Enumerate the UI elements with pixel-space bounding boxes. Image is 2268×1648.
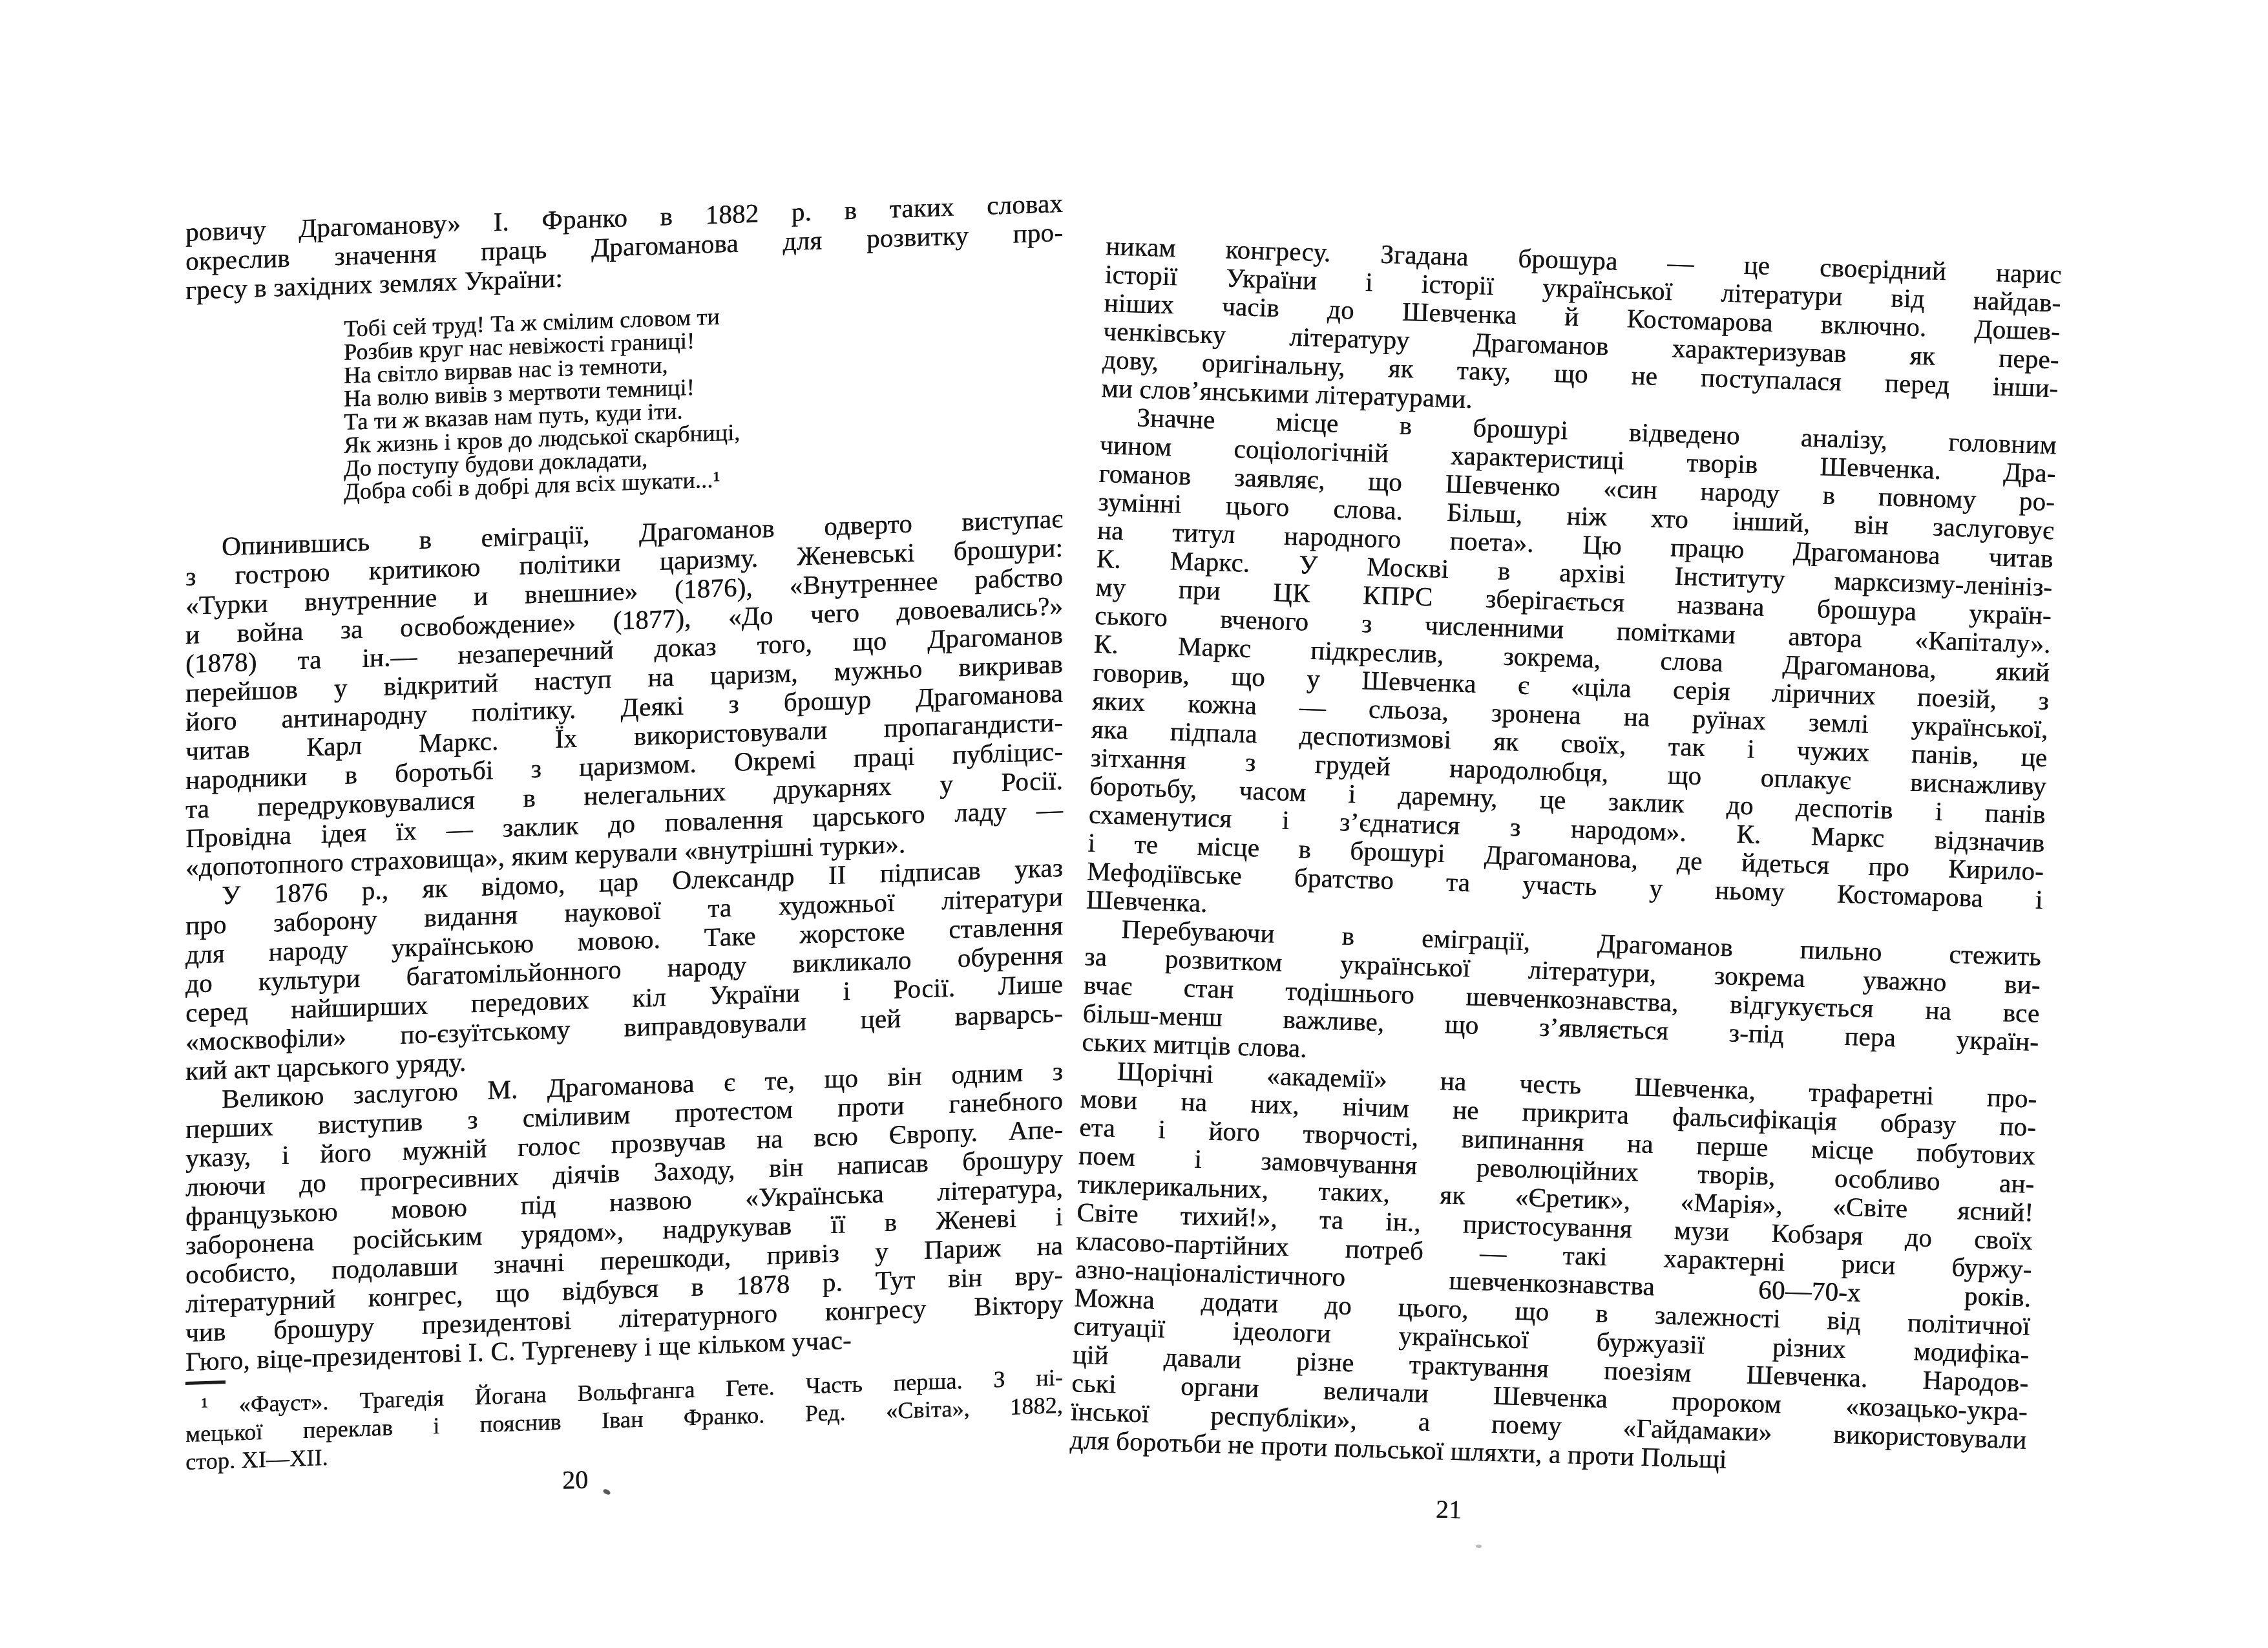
paragraph: Щорічні «академії» на честь Шевченка, тр… bbox=[1069, 1055, 2037, 1482]
scan-speck bbox=[602, 1488, 611, 1496]
book-spread-scan: ровичу Драгоманову» І. Франко в 1882 р. … bbox=[0, 0, 2268, 1648]
paragraph: Великою заслугою М. Драгоманова є те, що… bbox=[185, 1057, 1063, 1377]
footnote-rule bbox=[185, 1380, 226, 1385]
page-number-left: 20 bbox=[562, 1464, 589, 1495]
scan-speck bbox=[1476, 1545, 1482, 1548]
paragraph: никам конгресу. Згадана брошура — це сво… bbox=[1101, 231, 2062, 430]
paragraph: У 1876 р., як відомо, цар Олександр II п… bbox=[185, 853, 1063, 1086]
page-left-text-column: ровичу Драгоманову» І. Франко в 1882 р. … bbox=[185, 189, 1063, 1476]
paragraph: Опинившись в еміграції, Драгоманов одвер… bbox=[185, 504, 1063, 882]
poem-quote: Тобі сей труд! Та ж смілим словом тиРозб… bbox=[344, 293, 1063, 503]
paragraph: ровичу Драгоманову» І. Франко в 1882 р. … bbox=[185, 189, 1063, 305]
page-right-text-column: никам конгресу. Згадана брошура — це сво… bbox=[1069, 231, 2062, 1483]
paragraph: Значне місце в брошурі відведено аналізу… bbox=[1086, 402, 2057, 942]
page-number-right: 21 bbox=[1436, 1494, 1462, 1525]
